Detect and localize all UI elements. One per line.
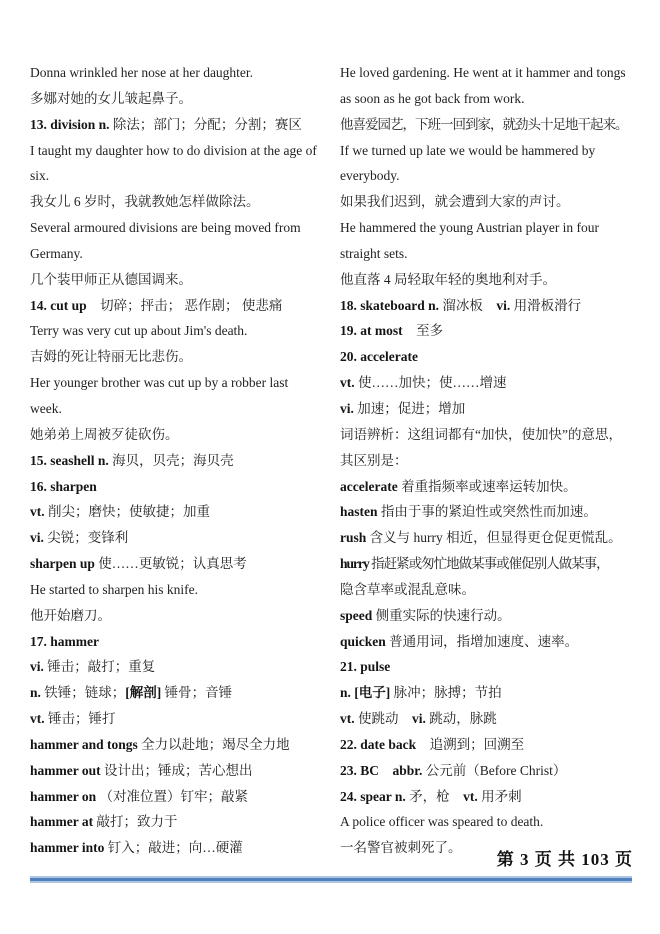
text-line: vi. 尖锐；变锋利: [30, 525, 328, 551]
text-segment: 词语辨析：这组词都有“加快，使加快”的意思，: [340, 427, 622, 442]
text-line: week.: [30, 396, 328, 422]
text-segment: 铁锤；链球；: [41, 685, 125, 700]
text-line: He loved gardening. He went at it hammer…: [340, 60, 633, 86]
page-number: 第 3 页 共 103 页: [497, 848, 633, 872]
text-segment: A police officer was speared to death.: [340, 814, 543, 829]
entry-term: hammer and tongs: [30, 737, 138, 752]
text-line: 21. pulse: [340, 654, 633, 680]
text-line: 19. at most 至多: [340, 318, 633, 344]
text-segment: 加速；促进；增加: [354, 401, 465, 416]
text-segment: 跳动，脉跳: [426, 711, 497, 726]
entry-term: 18. skateboard n.: [340, 298, 439, 313]
text-line: vt. 使跳动 vi. 跳动，脉跳: [340, 706, 633, 732]
text-segment: 除法；部门；分配；分割；赛区: [110, 117, 302, 132]
text-line: 16. sharpen: [30, 474, 328, 500]
text-segment: He hammered the young Austrian player in…: [340, 220, 599, 235]
entry-term: n.: [340, 685, 351, 700]
entry-term: 14. cut up: [30, 298, 87, 313]
text-line: n. 铁锤；链球；[解剖] 锤骨；音锤: [30, 680, 328, 706]
text-segment: 吉姆的死让特丽无比悲伤。: [30, 349, 192, 364]
text-segment: week.: [30, 401, 62, 416]
text-line: vt. 使……加快；使……增速: [340, 370, 633, 396]
text-segment: 使……更敏锐；认真思考: [95, 556, 247, 571]
text-segment: 如果我们迟到，就会遭到大家的声讨。: [340, 194, 570, 209]
entry-term: sharpen up: [30, 556, 95, 571]
entry-term: abbr.: [393, 763, 423, 778]
text-line: A police officer was speared to death.: [340, 809, 633, 835]
text-segment: [379, 763, 393, 778]
text-segment: Her younger brother was cut up by a robb…: [30, 375, 288, 390]
entry-term: vi.: [412, 711, 426, 726]
text-line: 他喜爱园艺，下班一回到家，就劲头十足地干起来。: [340, 112, 633, 138]
entry-term: hurry: [340, 556, 369, 571]
text-segment: 钉入；敲进；向…硬灌: [104, 840, 242, 855]
text-segment: I taught my daughter how to do division …: [30, 143, 317, 158]
entry-term: 24. spear n.: [340, 789, 406, 804]
text-segment: 含义与 hurry 相近，但显得更仓促更慌乱。: [366, 530, 621, 545]
entry-term: vt.: [30, 504, 45, 519]
entry-term: vt.: [30, 711, 45, 726]
text-segment: 追溯到；回溯至: [416, 737, 524, 752]
text-segment: 削尖；磨快；使敏捷；加重: [45, 504, 210, 519]
text-line: 其区别是：: [340, 448, 633, 474]
text-segment: Germany.: [30, 246, 83, 261]
text-line: 她弟弟上周被歹徒砍伤。: [30, 422, 328, 448]
text-segment: If we turned up late we would be hammere…: [340, 143, 595, 158]
text-segment: 脉冲；脉搏；节拍: [390, 685, 501, 700]
entry-term: hasten: [340, 504, 378, 519]
text-segment: （对准位置）钉牢；敲紧: [96, 789, 248, 804]
text-segment: 溜冰板: [439, 298, 496, 313]
text-segment: 敲打；致力于: [93, 814, 177, 829]
entry-term: vi.: [30, 530, 44, 545]
right-column: He loved gardening. He went at it hammer…: [340, 60, 633, 861]
text-line: 我女儿 6 岁时，我就教她怎样做除法。: [30, 189, 328, 215]
text-line: 17. hammer: [30, 629, 328, 655]
entry-term: n.: [30, 685, 41, 700]
text-line: 吉姆的死让特丽无比悲伤。: [30, 344, 328, 370]
document-page: Donna wrinkled her nose at her daughter.…: [0, 0, 660, 934]
text-line: hammer on （对准位置）钉牢；敲紧: [30, 784, 328, 810]
entry-term: accelerate: [340, 479, 398, 494]
text-line: quicken 普通用词，指增加速度、速率。: [340, 629, 633, 655]
entry-term: vi.: [340, 401, 354, 416]
entry-term: quicken: [340, 634, 386, 649]
text-segment: 她弟弟上周被歹徒砍伤。: [30, 427, 179, 442]
text-segment: 使……加快；使……增速: [355, 375, 507, 390]
text-line: n. [电子] 脉冲；脉搏；节拍: [340, 680, 633, 706]
text-segment: 海贝，贝壳；海贝壳: [109, 453, 234, 468]
entry-term: [电子]: [354, 685, 390, 700]
text-line: 23. BC abbr. 公元前（Before Christ）: [340, 758, 633, 784]
text-line: 20. accelerate: [340, 344, 633, 370]
text-segment: 我女儿 6 岁时，我就教她怎样做除法。: [30, 194, 260, 209]
text-segment: 他开始磨刀。: [30, 608, 111, 623]
text-segment: 指赶紧或匆忙地做某事或催促别人做某事，: [369, 556, 609, 571]
entry-term: 23. BC: [340, 763, 379, 778]
text-line: hammer and tongs 全力以赴地；竭尽全力地: [30, 732, 328, 758]
text-segment: six.: [30, 168, 49, 183]
text-line: 18. skateboard n. 溜冰板 vi. 用滑板滑行: [340, 293, 633, 319]
text-segment: 几个装甲师正从德国调来。: [30, 272, 192, 287]
text-line: 几个装甲师正从德国调来。: [30, 267, 328, 293]
text-segment: He loved gardening. He went at it hammer…: [340, 65, 626, 80]
text-segment: straight sets.: [340, 246, 408, 261]
text-segment: Terry was very cut up about Jim's death.: [30, 323, 247, 338]
text-line: rush 含义与 hurry 相近，但显得更仓促更慌乱。: [340, 525, 633, 551]
text-line: 13. division n. 除法；部门；分配；分割；赛区: [30, 112, 328, 138]
entry-term: hammer out: [30, 763, 101, 778]
text-segment: 指由于事的紧迫性或突然性而加速。: [378, 504, 597, 519]
text-line: 如果我们迟到，就会遭到大家的声讨。: [340, 189, 633, 215]
text-line: everybody.: [340, 163, 633, 189]
text-segment: 他直落 4 局轻取年轻的奥地利对手。: [340, 272, 556, 287]
entry-term: 17. hammer: [30, 634, 99, 649]
entry-term: 13. division n.: [30, 117, 110, 132]
text-segment: 多娜对她的女儿皱起鼻子。: [30, 91, 192, 106]
entry-term: vi.: [30, 659, 44, 674]
text-segment: 一名警官被刺死了。: [340, 840, 462, 855]
text-line: accelerate 着重指频率或速率运转加快。: [340, 474, 633, 500]
entry-term: vt.: [340, 375, 355, 390]
text-segment: Several armoured divisions are being mov…: [30, 220, 301, 235]
text-segment: 切碎；抨击； 恶作剧； 使悲痛: [87, 298, 283, 313]
text-segment: 其区别是：: [340, 453, 408, 468]
text-line: Germany.: [30, 241, 328, 267]
text-segment: 尖锐；变锋利: [44, 530, 128, 545]
entry-term: vi.: [496, 298, 510, 313]
text-line: I taught my daughter how to do division …: [30, 138, 328, 164]
text-segment: 使跳动: [355, 711, 412, 726]
entry-term: 19. at most: [340, 323, 403, 338]
entry-term: 15. seashell n.: [30, 453, 109, 468]
entry-term: 21. pulse: [340, 659, 390, 674]
text-segment: 设计出；锤成；苦心想出: [101, 763, 253, 778]
text-line: Donna wrinkled her nose at her daughter.: [30, 60, 328, 86]
text-line: Several armoured divisions are being mov…: [30, 215, 328, 241]
entry-term: 22. date back: [340, 737, 416, 752]
text-line: 他直落 4 局轻取年轻的奥地利对手。: [340, 267, 633, 293]
text-line: Her younger brother was cut up by a robb…: [30, 370, 328, 396]
text-line: He started to sharpen his knife.: [30, 577, 328, 603]
text-segment: 矛，枪: [406, 789, 463, 804]
text-segment: 用矛刺: [478, 789, 522, 804]
text-line: 他开始磨刀。: [30, 603, 328, 629]
text-segment: 公元前（Before Christ）: [422, 763, 566, 778]
entry-term: 20. accelerate: [340, 349, 418, 364]
text-segment: 锤击；锤打: [45, 711, 116, 726]
text-line: 14. cut up 切碎；抨击； 恶作剧； 使悲痛: [30, 293, 328, 319]
text-segment: 他喜爱园艺，下班一回到家，就劲头十足地干起来。: [340, 117, 628, 132]
text-line: hammer out 设计出；锤成；苦心想出: [30, 758, 328, 784]
text-line: 15. seashell n. 海贝，贝壳；海贝壳: [30, 448, 328, 474]
text-line: If we turned up late we would be hammere…: [340, 138, 633, 164]
text-line: vt. 锤击；锤打: [30, 706, 328, 732]
text-line: 隐含草率或混乱意味。: [340, 577, 633, 603]
text-line: 词语辨析：这组词都有“加快，使加快”的意思，: [340, 422, 633, 448]
text-line: vt. 削尖；磨快；使敏捷；加重: [30, 499, 328, 525]
text-segment: as soon as he got back from work.: [340, 91, 524, 106]
text-segment: 锤击；敲打；重复: [44, 659, 155, 674]
text-segment: 全力以赴地；竭尽全力地: [138, 737, 290, 752]
text-line: 多娜对她的女儿皱起鼻子。: [30, 86, 328, 112]
left-column: Donna wrinkled her nose at her daughter.…: [30, 60, 328, 861]
text-line: 22. date back 追溯到；回溯至: [340, 732, 633, 758]
entry-term: vt.: [463, 789, 478, 804]
entry-term: [解剖]: [125, 685, 161, 700]
text-segment: 至多: [403, 323, 444, 338]
entry-term: vt.: [340, 711, 355, 726]
text-line: hammer at 敲打；致力于: [30, 809, 328, 835]
text-segment: 普通用词，指增加速度、速率。: [386, 634, 578, 649]
entry-term: speed: [340, 608, 372, 623]
text-segment: 隐含草率或混乱意味。: [340, 582, 475, 597]
text-segment: 锤骨；音锤: [161, 685, 232, 700]
text-line: vi. 加速；促进；增加: [340, 396, 633, 422]
text-segment: Donna wrinkled her nose at her daughter.: [30, 65, 253, 80]
text-segment: 侧重实际的快速行动。: [372, 608, 510, 623]
text-line: vi. 锤击；敲打；重复: [30, 654, 328, 680]
text-line: as soon as he got back from work.: [340, 86, 633, 112]
text-segment: 用滑板滑行: [510, 298, 581, 313]
entry-term: hammer at: [30, 814, 93, 829]
text-segment: He started to sharpen his knife.: [30, 582, 198, 597]
entry-term: hammer into: [30, 840, 104, 855]
footer-rule: [30, 876, 632, 883]
text-line: hammer into 钉入；敲进；向…硬灌: [30, 835, 328, 861]
text-line: sharpen up 使……更敏锐；认真思考: [30, 551, 328, 577]
text-line: speed 侧重实际的快速行动。: [340, 603, 633, 629]
text-line: six.: [30, 163, 328, 189]
text-line: Terry was very cut up about Jim's death.: [30, 318, 328, 344]
text-segment: 着重指频率或速率运转加快。: [398, 479, 577, 494]
text-line: He hammered the young Austrian player in…: [340, 215, 633, 241]
text-line: hurry 指赶紧或匆忙地做某事或催促别人做某事，: [340, 551, 633, 577]
text-line: hasten 指由于事的紧迫性或突然性而加速。: [340, 499, 633, 525]
text-line: 24. spear n. 矛，枪 vt. 用矛刺: [340, 784, 633, 810]
text-line: straight sets.: [340, 241, 633, 267]
text-segment: everybody.: [340, 168, 399, 183]
entry-term: 16. sharpen: [30, 479, 97, 494]
entry-term: rush: [340, 530, 366, 545]
entry-term: hammer on: [30, 789, 96, 804]
